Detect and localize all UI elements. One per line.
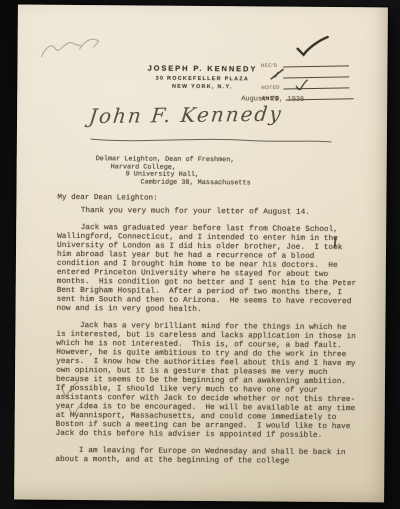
handwritten-name-text: John F. Kennedy [88,102,284,129]
letter-body: Thank you very much for your letter of A… [55,207,357,475]
scanned-letter-screenshot: { "letterhead": { "name": "JOSEPH P. KEN… [0,0,400,509]
pencil-scribble [35,27,107,68]
salutation: My dear Dean Leighton: [57,194,157,203]
margin-check-marks [53,377,99,421]
body-paragraph: Jack has a very brilliant mind for the t… [56,322,357,441]
recipient-line: Cambridge 38, Massachusetts [141,179,251,187]
body-paragraph: I am leaving for Europe on Wednesday and… [55,447,355,467]
stamp-row-line [283,65,349,67]
check-mark-icon [269,67,287,81]
check-mark-icon [294,35,332,59]
body-paragraph: Thank you very much for your letter of A… [57,207,357,218]
body-paragraph: Jack was graduated year before last from… [57,224,358,316]
check-mark-icon [293,78,309,94]
handwritten-underline [87,131,337,147]
letter-page: JOSEPH P. KENNEDY 30 ROCKEFELLER PLAZA N… [14,5,388,503]
stamp-row-label: NOTED [261,85,280,90]
recipient-address-block: Delmar Leighton, Dean of Freshmen, Harva… [96,156,251,187]
